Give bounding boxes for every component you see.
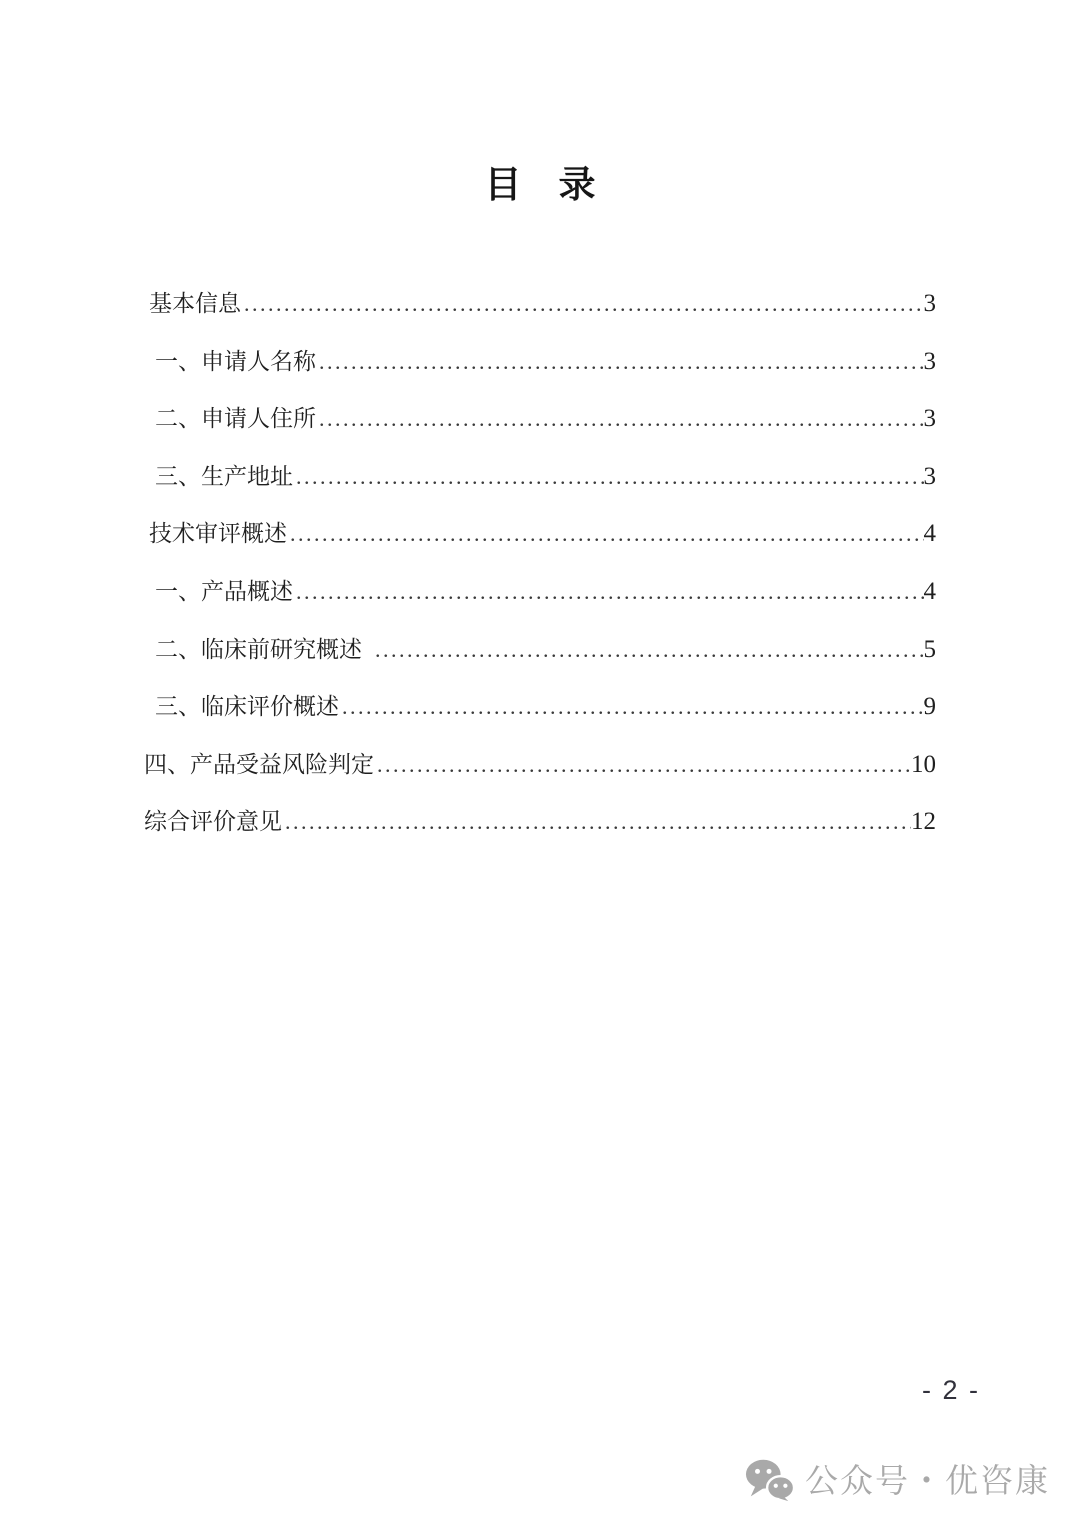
- toc-entry-page: 10: [911, 751, 936, 780]
- toc-entry-page: 12: [911, 808, 936, 837]
- toc-dot-leader: ........................................…: [293, 464, 924, 489]
- toc-title: 目 录: [0, 167, 1080, 204]
- footer-page-number: - 2 -: [922, 1375, 980, 1406]
- toc-entry: 综合评价意见 .................................…: [144, 808, 936, 866]
- toc-entry-page: 3: [924, 405, 937, 434]
- toc-dot-leader: ........................................…: [374, 752, 911, 777]
- toc-entry: 基本信息 ...................................…: [144, 290, 936, 348]
- toc-dot-leader: ........................................…: [362, 637, 924, 662]
- document-page: 目 录 基本信息 ...............................…: [0, 0, 1080, 1527]
- toc-dot-leader: ........................................…: [282, 809, 911, 834]
- toc-entry-label: 综合评价意见: [144, 809, 282, 835]
- toc-entry-label: 技术审评概述: [149, 521, 287, 547]
- toc-entry-label: 三、临床评价概述: [155, 694, 339, 720]
- toc-entry-page: 3: [924, 290, 937, 319]
- toc-dot-leader: ........................................…: [293, 579, 924, 604]
- toc-entry: 一、申请人名称 ................................…: [144, 348, 936, 406]
- toc-entry: 二、临床前研究概述 ..............................…: [144, 636, 936, 694]
- toc-entry-page: 5: [924, 636, 937, 665]
- toc-entry-label: 二、临床前研究概述: [155, 637, 362, 663]
- toc-entry-page: 4: [924, 520, 937, 549]
- toc-entry: 四、产品受益风险判定 .............................…: [144, 751, 936, 809]
- toc-entry-page: 3: [924, 348, 937, 377]
- toc-entry-page: 3: [924, 463, 937, 492]
- toc-entry-label: 三、生产地址: [155, 464, 293, 490]
- toc-entry-page: 4: [924, 578, 937, 607]
- toc-dot-leader: ........................................…: [241, 291, 924, 316]
- watermark-text: 公众号・优咨康: [805, 1464, 1050, 1497]
- toc-list: 基本信息 ...................................…: [144, 290, 936, 866]
- toc-entry-label: 二、申请人住所: [155, 406, 316, 432]
- toc-dot-leader: ........................................…: [339, 694, 924, 719]
- toc-entry-label: 一、产品概述: [155, 579, 293, 605]
- wechat-icon: [745, 1458, 795, 1502]
- toc-entry-label: 一、申请人名称: [155, 349, 316, 375]
- toc-entry-label: 基本信息: [149, 291, 241, 317]
- toc-dot-leader: ........................................…: [316, 349, 924, 374]
- toc-entry: 三、临床评价概述 ...............................…: [144, 693, 936, 751]
- toc-dot-leader: ........................................…: [316, 406, 924, 431]
- toc-entry-page: 9: [924, 693, 937, 722]
- watermark: 公众号・优咨康: [745, 1458, 1050, 1502]
- toc-entry-label: 四、产品受益风险判定: [144, 752, 374, 778]
- toc-entry: 三、生产地址 .................................…: [144, 463, 936, 521]
- toc-entry: 技术审评概述 .................................…: [144, 520, 936, 578]
- toc-entry: 一、产品概述 .................................…: [144, 578, 936, 636]
- toc-entry: 二、申请人住所 ................................…: [144, 405, 936, 463]
- toc-dot-leader: ........................................…: [287, 521, 924, 546]
